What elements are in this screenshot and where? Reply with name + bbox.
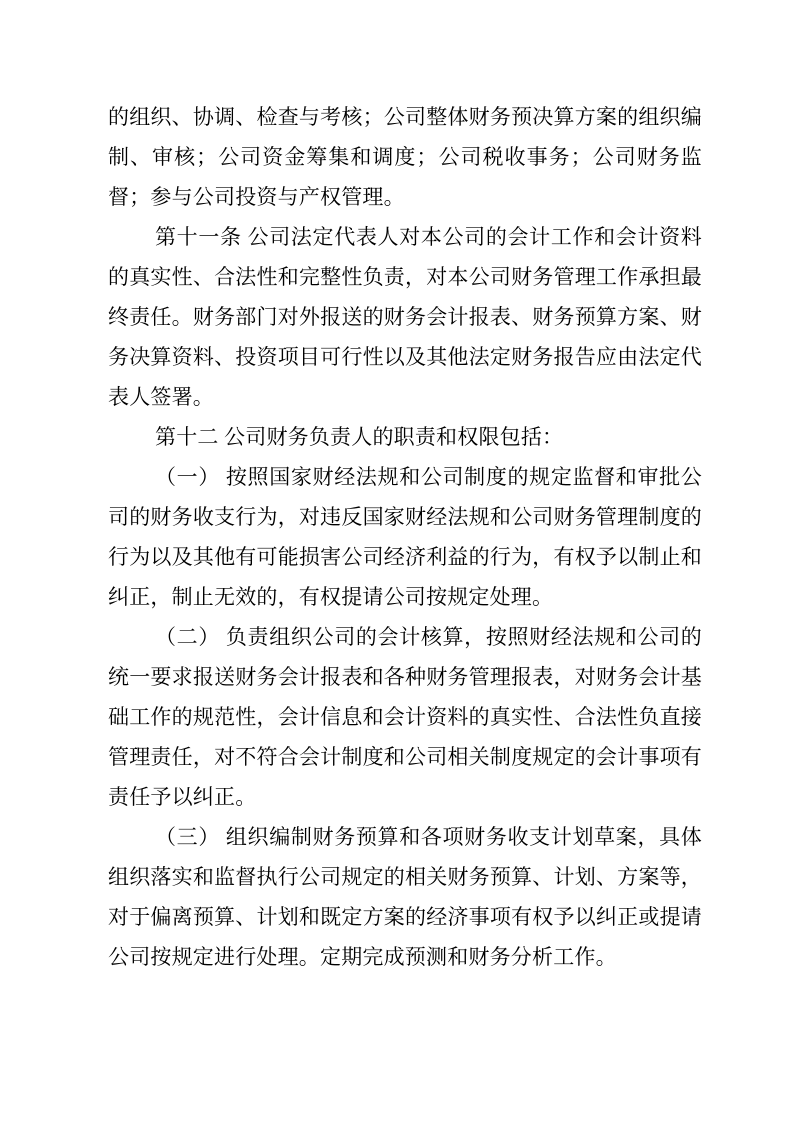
- paragraph-continuation: 的组织、协调、检查与考核；公司整体财务预决算方案的组织编制、审核；公司资金筹集和…: [108, 97, 702, 217]
- paragraph-article-12-item-2: （二） 负责组织公司的会计核算，按照财经法规和公司的统一要求报送财务会计报表和各…: [108, 617, 702, 817]
- paragraph-article-12-lead: 第十二 公司财务负责人的职责和权限包括：: [108, 417, 702, 457]
- document-page: 的组织、协调、检查与考核；公司整体财务预决算方案的组织编制、审核；公司资金筹集和…: [0, 0, 793, 1122]
- document-body: 的组织、协调、检查与考核；公司整体财务预决算方案的组织编制、审核；公司资金筹集和…: [0, 0, 793, 977]
- paragraph-article-12-item-1: （一） 按照国家财经法规和公司制度的规定监督和审批公司的财务收支行为，对违反国家…: [108, 457, 702, 617]
- paragraph-article-12-item-3: （三） 组织编制财务预算和各项财务收支计划草案，具体组织落实和监督执行公司规定的…: [108, 817, 702, 977]
- paragraph-article-11: 第十一条 公司法定代表人对本公司的会计工作和会计资料的真实性、合法性和完整性负责…: [108, 217, 702, 417]
